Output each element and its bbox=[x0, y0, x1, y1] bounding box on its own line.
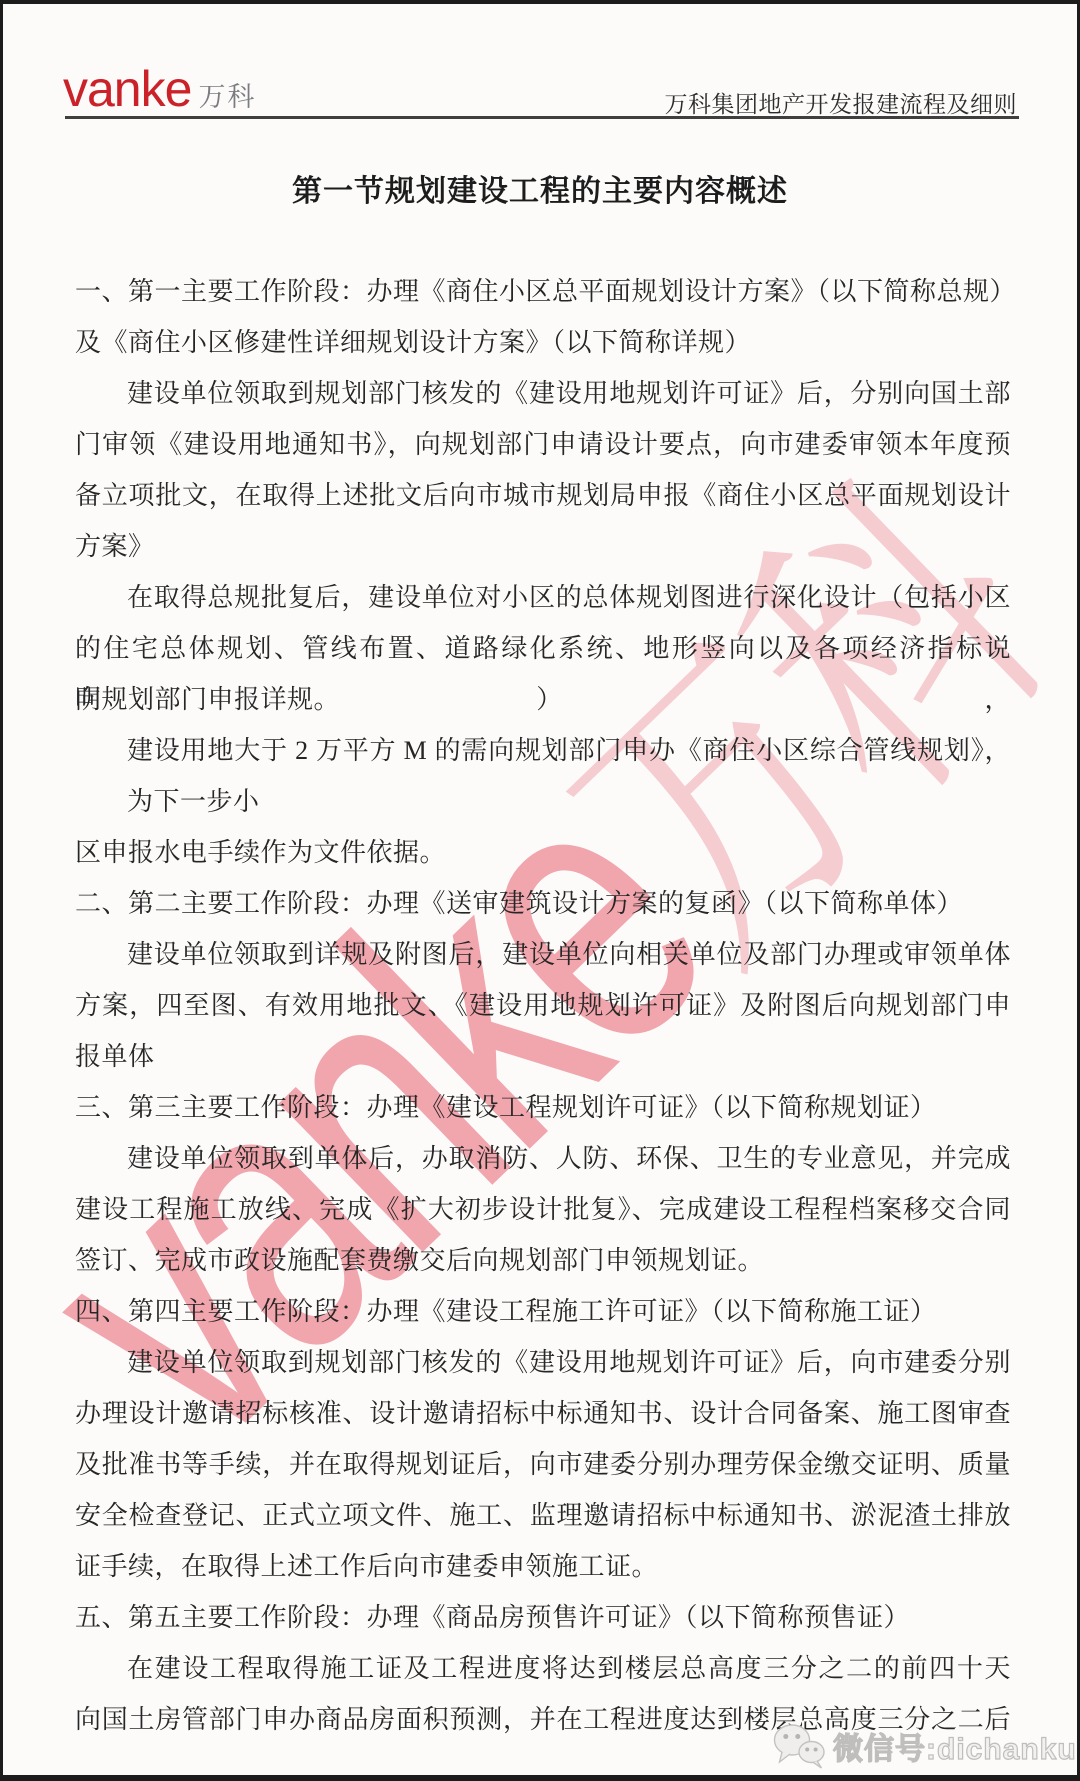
section-title: 第一节规划建设工程的主要内容概述 bbox=[3, 166, 1077, 210]
body-line: 建设单位领取到单体后，办取消防、人防、环保、卫生的专业意见，并完成 bbox=[75, 1133, 1011, 1184]
wechat-icon bbox=[771, 1722, 827, 1769]
body-line: 建设工程施工放线、完成《扩大初步设计批复》、完成建设工程程档案移交合同 bbox=[75, 1184, 1011, 1235]
body-line: 安全检查登记、正式立项文件、施工、监理邀请招标中标通知书、淤泥渣土排放 bbox=[75, 1490, 1011, 1541]
body-line: 二、第二主要工作阶段：办理《送审建筑设计方案的复函》（以下简称单体） bbox=[75, 878, 1011, 929]
body-line: 证手续，在取得上述工作后向市建委申领施工证。 bbox=[75, 1541, 1011, 1592]
body-line: 报单体 bbox=[75, 1031, 1011, 1082]
body-line: 方案，四至图、有效用地批文、《建设用地规划许可证》及附图后向规划部门申 bbox=[75, 980, 1011, 1031]
body-line: 及《商住小区修建性详细规划设计方案》（以下简称详规） bbox=[75, 317, 1011, 368]
body-line: 备立项批文，在取得上述批文后向市城市规划局申报《商住小区总平面规划设计 bbox=[75, 470, 1011, 521]
body-line: 签订、完成市政设施配套费缴交后向规划部门申领规划证。 bbox=[75, 1235, 1011, 1286]
body-line: 五、第五主要工作阶段：办理《商品房预售许可证》（以下简称预售证） bbox=[75, 1592, 1011, 1643]
vanke-logo-latin: vanke bbox=[63, 61, 191, 117]
document-body: 一、第一主要工作阶段：办理《商住小区总平面规划设计方案》（以下简称总规） 及《商… bbox=[75, 266, 1011, 1745]
body-line: 四、第四主要工作阶段：办理《建设工程施工许可证》（以下简称施工证） bbox=[75, 1286, 1011, 1337]
body-line: 在取得总规批复后，建设单位对小区的总体规划图进行深化设计（包括小区 bbox=[75, 572, 1011, 623]
body-line: 建设单位领取到规划部门核发的《建设用地规划许可证》后，向市建委分别 bbox=[75, 1337, 1011, 1388]
body-line: 一、第一主要工作阶段：办理《商住小区总平面规划设计方案》（以下简称总规） bbox=[75, 266, 1011, 317]
wechat-watermark: 微信号:dichanku bbox=[771, 1722, 1077, 1769]
body-line: 建设单位领取到规划部门核发的《建设用地规划许可证》后，分别向国土部 bbox=[75, 368, 1011, 419]
document-page: vanke万科 vanke万科 万科集团地产开发报建流程及细则 第一节规划建设工… bbox=[0, 0, 1080, 1781]
body-line: 为下一步小 bbox=[75, 776, 1011, 827]
body-line: 三、第三主要工作阶段：办理《建设工程规划许可证》（以下简称规划证） bbox=[75, 1082, 1011, 1133]
body-line: 建设用地大于 2 万平方 M 的需向规划部门申办《商住小区综合管线规划》， bbox=[75, 725, 1011, 776]
body-line: 办理设计邀请招标核准、设计邀请招标中标通知书、设计合同备案、施工图审查 bbox=[75, 1388, 1011, 1439]
body-line: 建设单位领取到详规及附图后，建设单位向相关单位及部门办理或审领单体 bbox=[75, 929, 1011, 980]
header-rule bbox=[65, 116, 1019, 119]
header-document-title: 万科集团地产开发报建流程及细则 bbox=[665, 86, 1018, 119]
vanke-logo-cjk: 万科 bbox=[198, 82, 256, 112]
body-line: 在建设工程取得施工证及工程进度将达到楼层总高度三分之二的前四十天 bbox=[75, 1643, 1011, 1694]
wechat-id-text: 微信号:dichanku bbox=[833, 1724, 1077, 1768]
body-line: 的住宅总体规划、管线布置、道路绿化系统、地形竖向以及各项经济指标说明）， bbox=[75, 623, 1011, 674]
body-line: 区申报水电手续作为文件依据。 bbox=[75, 827, 1011, 878]
body-line: 门审领《建设用地通知书》，向规划部门申请设计要点，向市建委审领本年度预 bbox=[75, 419, 1011, 470]
body-line: 方案》 bbox=[75, 521, 1011, 572]
vanke-logo: vanke万科 bbox=[63, 60, 256, 118]
body-line: 及批准书等手续，并在取得规划证后，向市建委分别办理劳保金缴交证明、质量 bbox=[75, 1439, 1011, 1490]
